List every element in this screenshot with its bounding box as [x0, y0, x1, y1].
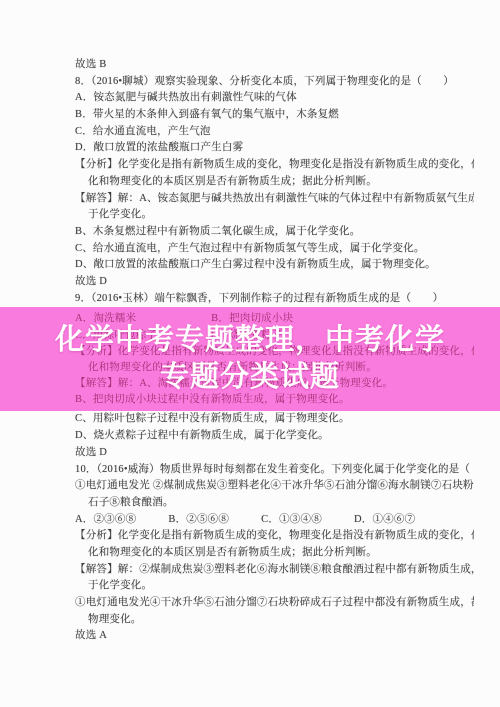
doc-line: 10．（2016•威海）物质世界每时每刻都在发生着变化。下列变化属于化学变化的是… — [75, 462, 474, 479]
doc-line: 于化学变化。 — [75, 578, 474, 595]
doc-line: 化和物理变化的本质区别是否有新物质生成；据此分析判断。 — [75, 174, 474, 191]
doc-line: 8．（2016•聊城）观察实验现象、分析变化本质，下列属于物理变化的是（ ） — [75, 74, 474, 91]
page-container: 故选 B8．（2016•聊城）观察实验现象、分析变化本质，下列属于物理变化的是（… — [0, 0, 500, 707]
doc-line: 物理变化。 — [75, 612, 474, 629]
doc-line: D、敞口放置的浓盐酸瓶口产生白雾过程中没有新物质生成，属于物理变化。 — [75, 257, 474, 274]
doc-line: 【分析】化学变化是指有新物质生成的变化，物理变化是指没有新物质生成的变化，化学变 — [75, 157, 474, 174]
doc-line: B、木条复燃过程中有新物质二氧化碳生成，属于化学变化。 — [75, 224, 474, 241]
document-content: 故选 B8．（2016•聊城）观察实验现象、分析变化本质，下列属于物理变化的是（… — [0, 0, 500, 645]
doc-line: B．带火星的木条伸入到盛有氧气的集气瓶中，木条复燃 — [75, 107, 474, 124]
doc-line: 故选 D — [75, 274, 474, 291]
watermark-title-line1: 化学中考专题整理，中考化学 — [55, 322, 445, 359]
watermark-title-line2: 专题分类试题 — [160, 359, 340, 396]
doc-line: C．给水通直流电，产生气泡 — [75, 124, 474, 141]
doc-line: 【分析】化学变化是指有新物质生成的变化，物理变化是指没有新物质生成的变化，化学变 — [75, 528, 474, 545]
doc-lines-after: C、用粽叶包粽子过程中没有新物质生成，属于物理变化。D、烧火煮粽子过程中有新物质… — [75, 411, 474, 645]
doc-lines-before: 故选 B8．（2016•聊城）观察实验现象、分析变化本质，下列属于物理变化的是（… — [75, 57, 474, 307]
doc-line: ①电灯通电发光④干冰升华⑤石油分馏⑦石块粉碎成石子过程中都没有新物质生成，都属于 — [75, 595, 474, 612]
doc-line: 石子⑧粮食酿酒。 — [75, 495, 474, 512]
doc-line: C、用粽叶包粽子过程中没有新物质生成，属于物理变化。 — [75, 411, 474, 428]
doc-line: ①电灯通电发光 ②煤制成焦炭③塑料老化④干冰升华⑤石油分馏⑥海水制镁⑦石块粉碎成 — [75, 478, 474, 495]
doc-line: A．②③⑥⑧ B．②⑤⑥⑧ C．①③④⑧ D．①④⑥⑦ — [75, 512, 474, 529]
watermark-title: 化学中考专题整理，中考化学 专题分类试题 — [0, 307, 500, 411]
doc-line: 故选 D — [75, 445, 474, 462]
doc-line: A．铵态氮肥与碱共热放出有刺激性气味的气体 — [75, 90, 474, 107]
doc-line: D．敞口放置的浓盐酸瓶口产生白雾 — [75, 140, 474, 157]
doc-line: 【解答】解：②煤制成焦炭③塑料老化⑥海水制镁⑧粮食酿酒过程中都有新物质生成，都属 — [75, 562, 474, 579]
doc-line: D、烧火煮粽子过程中有新物质生成，属于化学变化。 — [75, 428, 474, 445]
doc-line: 化和物理变化的本质区别是否有新物质生成；据此分析判断。 — [75, 545, 474, 562]
doc-line: 于化学变化。 — [75, 207, 474, 224]
doc-line: 9．（2016•玉林）端午粽飘香，下列制作粽子的过程有新物质生成的是（ ） — [75, 291, 474, 308]
doc-line: 故选 B — [75, 57, 474, 74]
doc-line: 【解答】解：A、铵态氮肥与碱共热放出有刺激性气味的气体过程中有新物质氨气生成，属 — [75, 191, 474, 208]
doc-line: 故选 A — [75, 628, 474, 645]
doc-line: C、给水通直流电，产生气泡过程中有新物质氢气等生成，属于化学变化。 — [75, 241, 474, 258]
watermark-band: A．淘洗糯米 B．把肉切成小块C．用粽叶包粽子 D．烧火煮粽子【分析】化学变化是… — [0, 307, 500, 411]
